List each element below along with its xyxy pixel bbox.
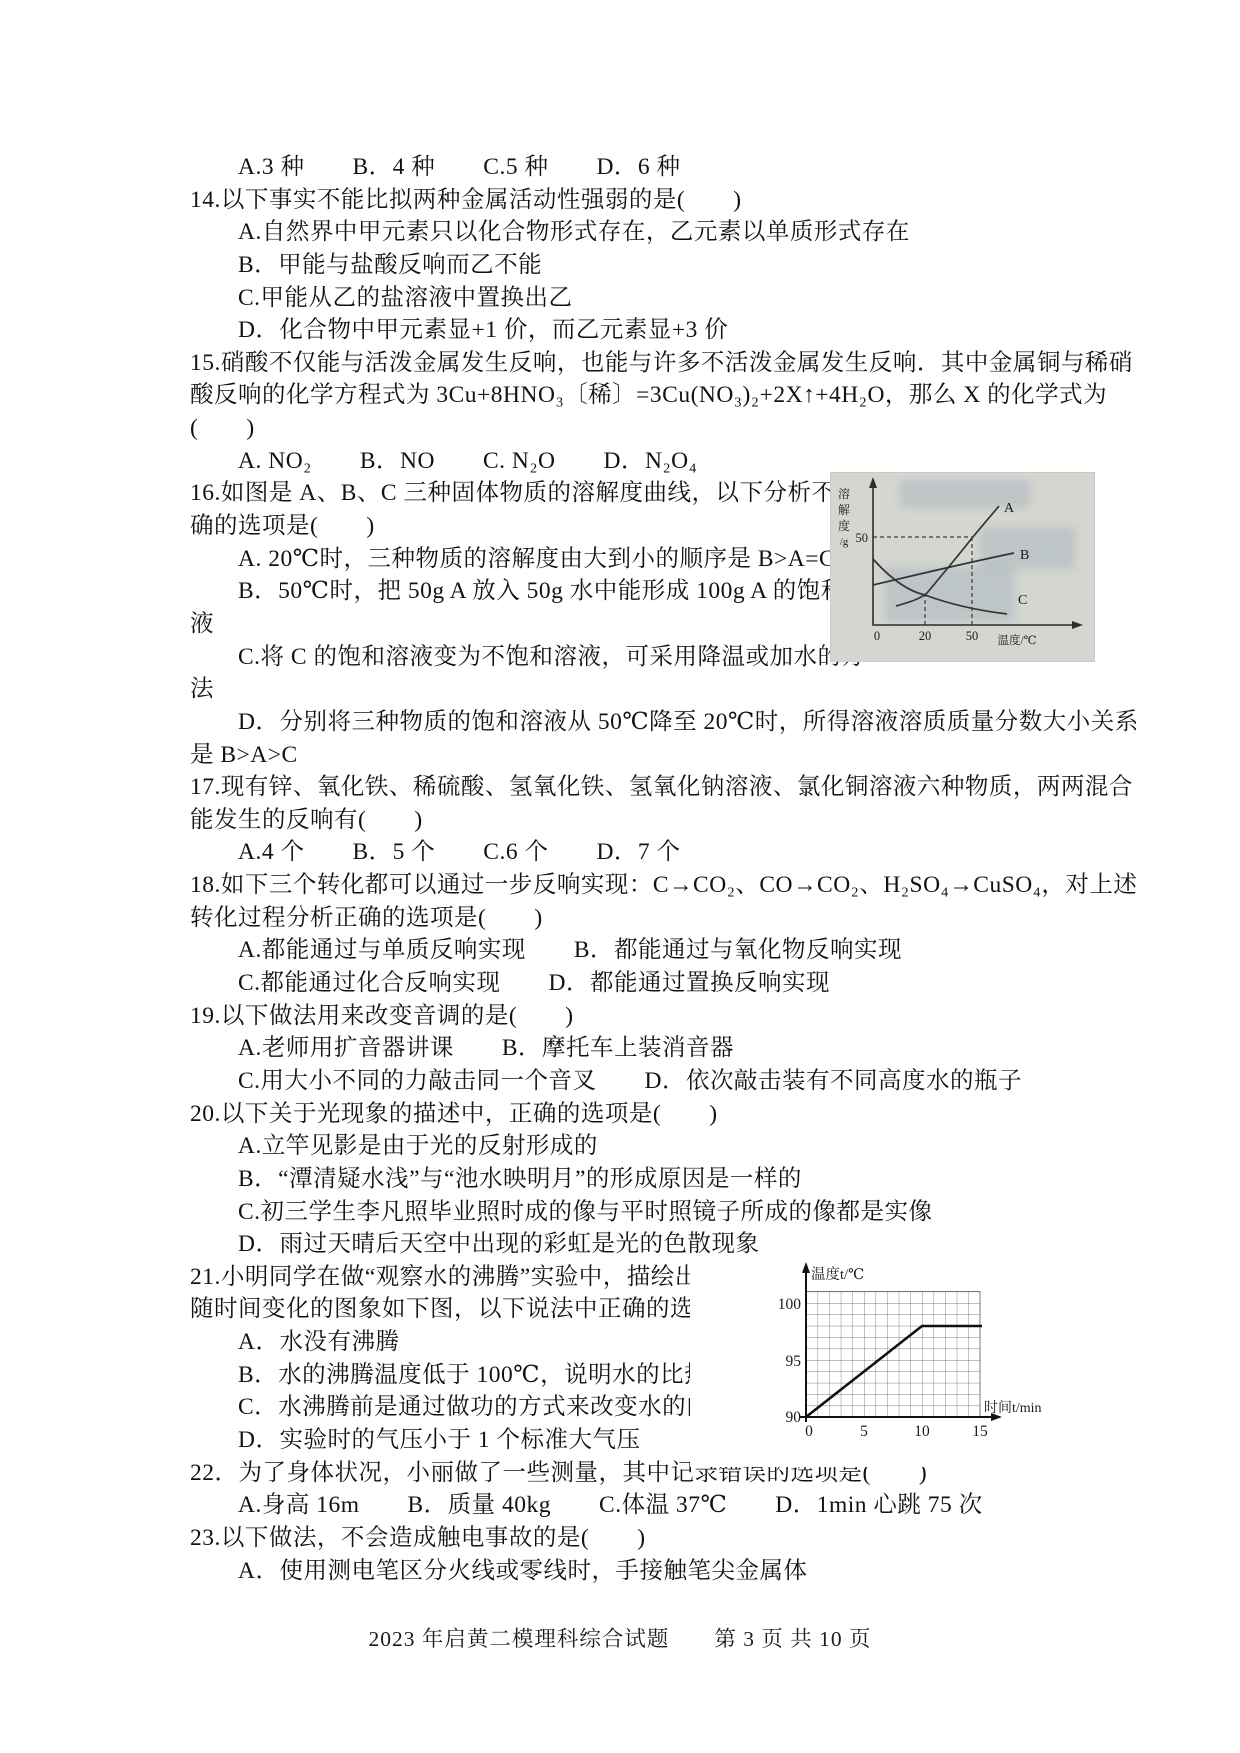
y-tick-label: 50 xyxy=(856,531,869,545)
exam-line: A.都能通过与单质反响实现 B．都能通过与氧化物反响实现 xyxy=(190,934,1170,967)
y-tick-label: 100 xyxy=(778,1296,802,1313)
y-axis-label: 度 xyxy=(838,518,850,533)
solubility-chart: 溶 解 度 /g 50 A B C 0 20 50 温度/℃ xyxy=(830,472,1095,662)
exam-line: 19.以下做法用来改变音调的是( ) xyxy=(190,1000,1170,1033)
x-axis-label: 温度/℃ xyxy=(997,633,1036,647)
exam-line: 20.以下关于光现象的描述中，正确的选项是( ) xyxy=(190,1098,1170,1131)
exam-line: A.老师用扩音器讲课 B．摩托车上装消音器 xyxy=(190,1032,1170,1065)
x-tick-label: 0 xyxy=(805,1423,813,1440)
y-tick-label: 90 xyxy=(786,1409,802,1426)
exam-line: 法 xyxy=(190,673,1170,706)
x-axis-label: 时间t/min xyxy=(984,1400,1042,1416)
exam-line: A.4 个 B．5 个 C.6 个 D．7 个 xyxy=(190,836,1170,869)
y-axis-label: 溶 xyxy=(838,486,850,501)
x-tick-label: 10 xyxy=(914,1423,930,1440)
x-tick-label: 15 xyxy=(972,1423,988,1440)
exam-line: 18.如下三个转化都可以通过一步反响实现：C→CO₂、CO→CO₂、H₂SO₄→… xyxy=(190,869,1170,902)
curve-C xyxy=(873,559,1007,614)
exam-line: C.用大小不同的力敲击同一个音叉 D．依次敲击装有不同高度水的瓶子 xyxy=(190,1065,1170,1098)
exam-page: A.3 种 B．4 种 C.5 种 D．6 种14.以下事实不能比拟两种金属活动… xyxy=(0,0,1240,1753)
page-footer: 2023 年启黄二模理科综合试题 第 3 页 共 10 页 xyxy=(0,1622,1240,1653)
exam-line: 14.以下事实不能比拟两种金属活动性强弱的是( ) xyxy=(190,184,1170,217)
x-tick-label: 5 xyxy=(860,1423,868,1440)
x-tick-label: 20 xyxy=(919,629,932,643)
exam-line: A．使用测电笔区分火线或零线时，手接触笔尖金属体 xyxy=(190,1555,1170,1588)
exam-line: C.都能通过化合反响实现 D．都能通过置换反响实现 xyxy=(190,967,1170,1000)
solubility-figure: 溶 解 度 /g 50 A B C 0 20 50 温度/℃ xyxy=(830,472,1095,662)
y-axis-arrow-icon xyxy=(869,477,877,488)
y-axis-arrow-icon xyxy=(802,1262,810,1273)
boiling-figure: 100 95 90 0 5 10 15 温度t/℃ 时间t/min xyxy=(690,1262,1070,1467)
exam-line: ( ) xyxy=(190,412,1170,445)
grid xyxy=(806,1292,980,1417)
exam-line: 转化过程分析正确的选项是( ) xyxy=(190,902,1170,935)
exam-line: 23.以下做法，不会造成触电事故的是( ) xyxy=(190,1522,1170,1555)
exam-line: C.初三学生李凡照毕业照时成的像与平时照镜子所成的像都是实像 xyxy=(190,1196,1170,1229)
exam-line: A.自然界中甲元素只以化合物形式存在，乙元素以单质形式存在 xyxy=(190,216,1170,249)
exam-line: 15.硝酸不仅能与活泼金属发生反响，也能与许多不活泼金属发生反响．其中金属铜与稀… xyxy=(190,347,1170,380)
exam-line: C.甲能从乙的盐溶液中置换出乙 xyxy=(190,282,1170,315)
exam-line: 17.现有锌、氧化铁、稀硫酸、氢氧化铁、氢氧化钠溶液、氯化铜溶液六种物质，两两混… xyxy=(190,771,1170,804)
exam-line: 能发生的反响有( ) xyxy=(190,804,1170,837)
x-tick-label: 50 xyxy=(966,629,979,643)
y-axis-label: 温度t/℃ xyxy=(811,1265,864,1283)
exam-line: B．甲能与盐酸反响而乙不能 xyxy=(190,249,1170,282)
x-tick-label: 0 xyxy=(874,629,880,643)
curve-label-C: C xyxy=(1018,593,1027,608)
boiling-chart: 100 95 90 0 5 10 15 温度t/℃ 时间t/min xyxy=(690,1262,1070,1467)
curve-B xyxy=(873,553,1014,585)
x-axis-arrow-icon xyxy=(1072,621,1083,629)
curve-label-B: B xyxy=(1020,548,1029,563)
curve-label-A: A xyxy=(1004,501,1015,516)
exam-line: D．分别将三种物质的饱和溶液从 50℃降至 20℃时，所得溶液溶质质量分数大小关… xyxy=(190,706,1170,739)
exam-line: A.身高 16m B．质量 40kg C.体温 37℃ D．1min 心跳 75… xyxy=(190,1489,1170,1522)
y-axis-label: 解 xyxy=(838,503,850,517)
exam-line: A.3 种 B．4 种 C.5 种 D．6 种 xyxy=(190,151,1170,184)
exam-line: D．雨过天晴后天空中出现的彩虹是光的色散现象 xyxy=(190,1228,1170,1261)
y-tick-label: 95 xyxy=(786,1353,802,1370)
exam-line: B．“潭清疑水浅”与“池水映明月”的形成原因是一样的 xyxy=(190,1163,1170,1196)
exam-line: A.立竿见影是由于光的反射形成的 xyxy=(190,1130,1170,1163)
exam-line: 酸反响的化学方程式为 3Cu+8HNO₃〔稀〕=3Cu(NO₃)₂+2X↑+4H… xyxy=(190,379,1170,412)
exam-line: 是 B>A>C xyxy=(190,739,1170,772)
y-axis-label: /g xyxy=(840,536,849,548)
exam-line: D．化合物中甲元素显+1 价，而乙元素显+3 价 xyxy=(190,314,1170,347)
